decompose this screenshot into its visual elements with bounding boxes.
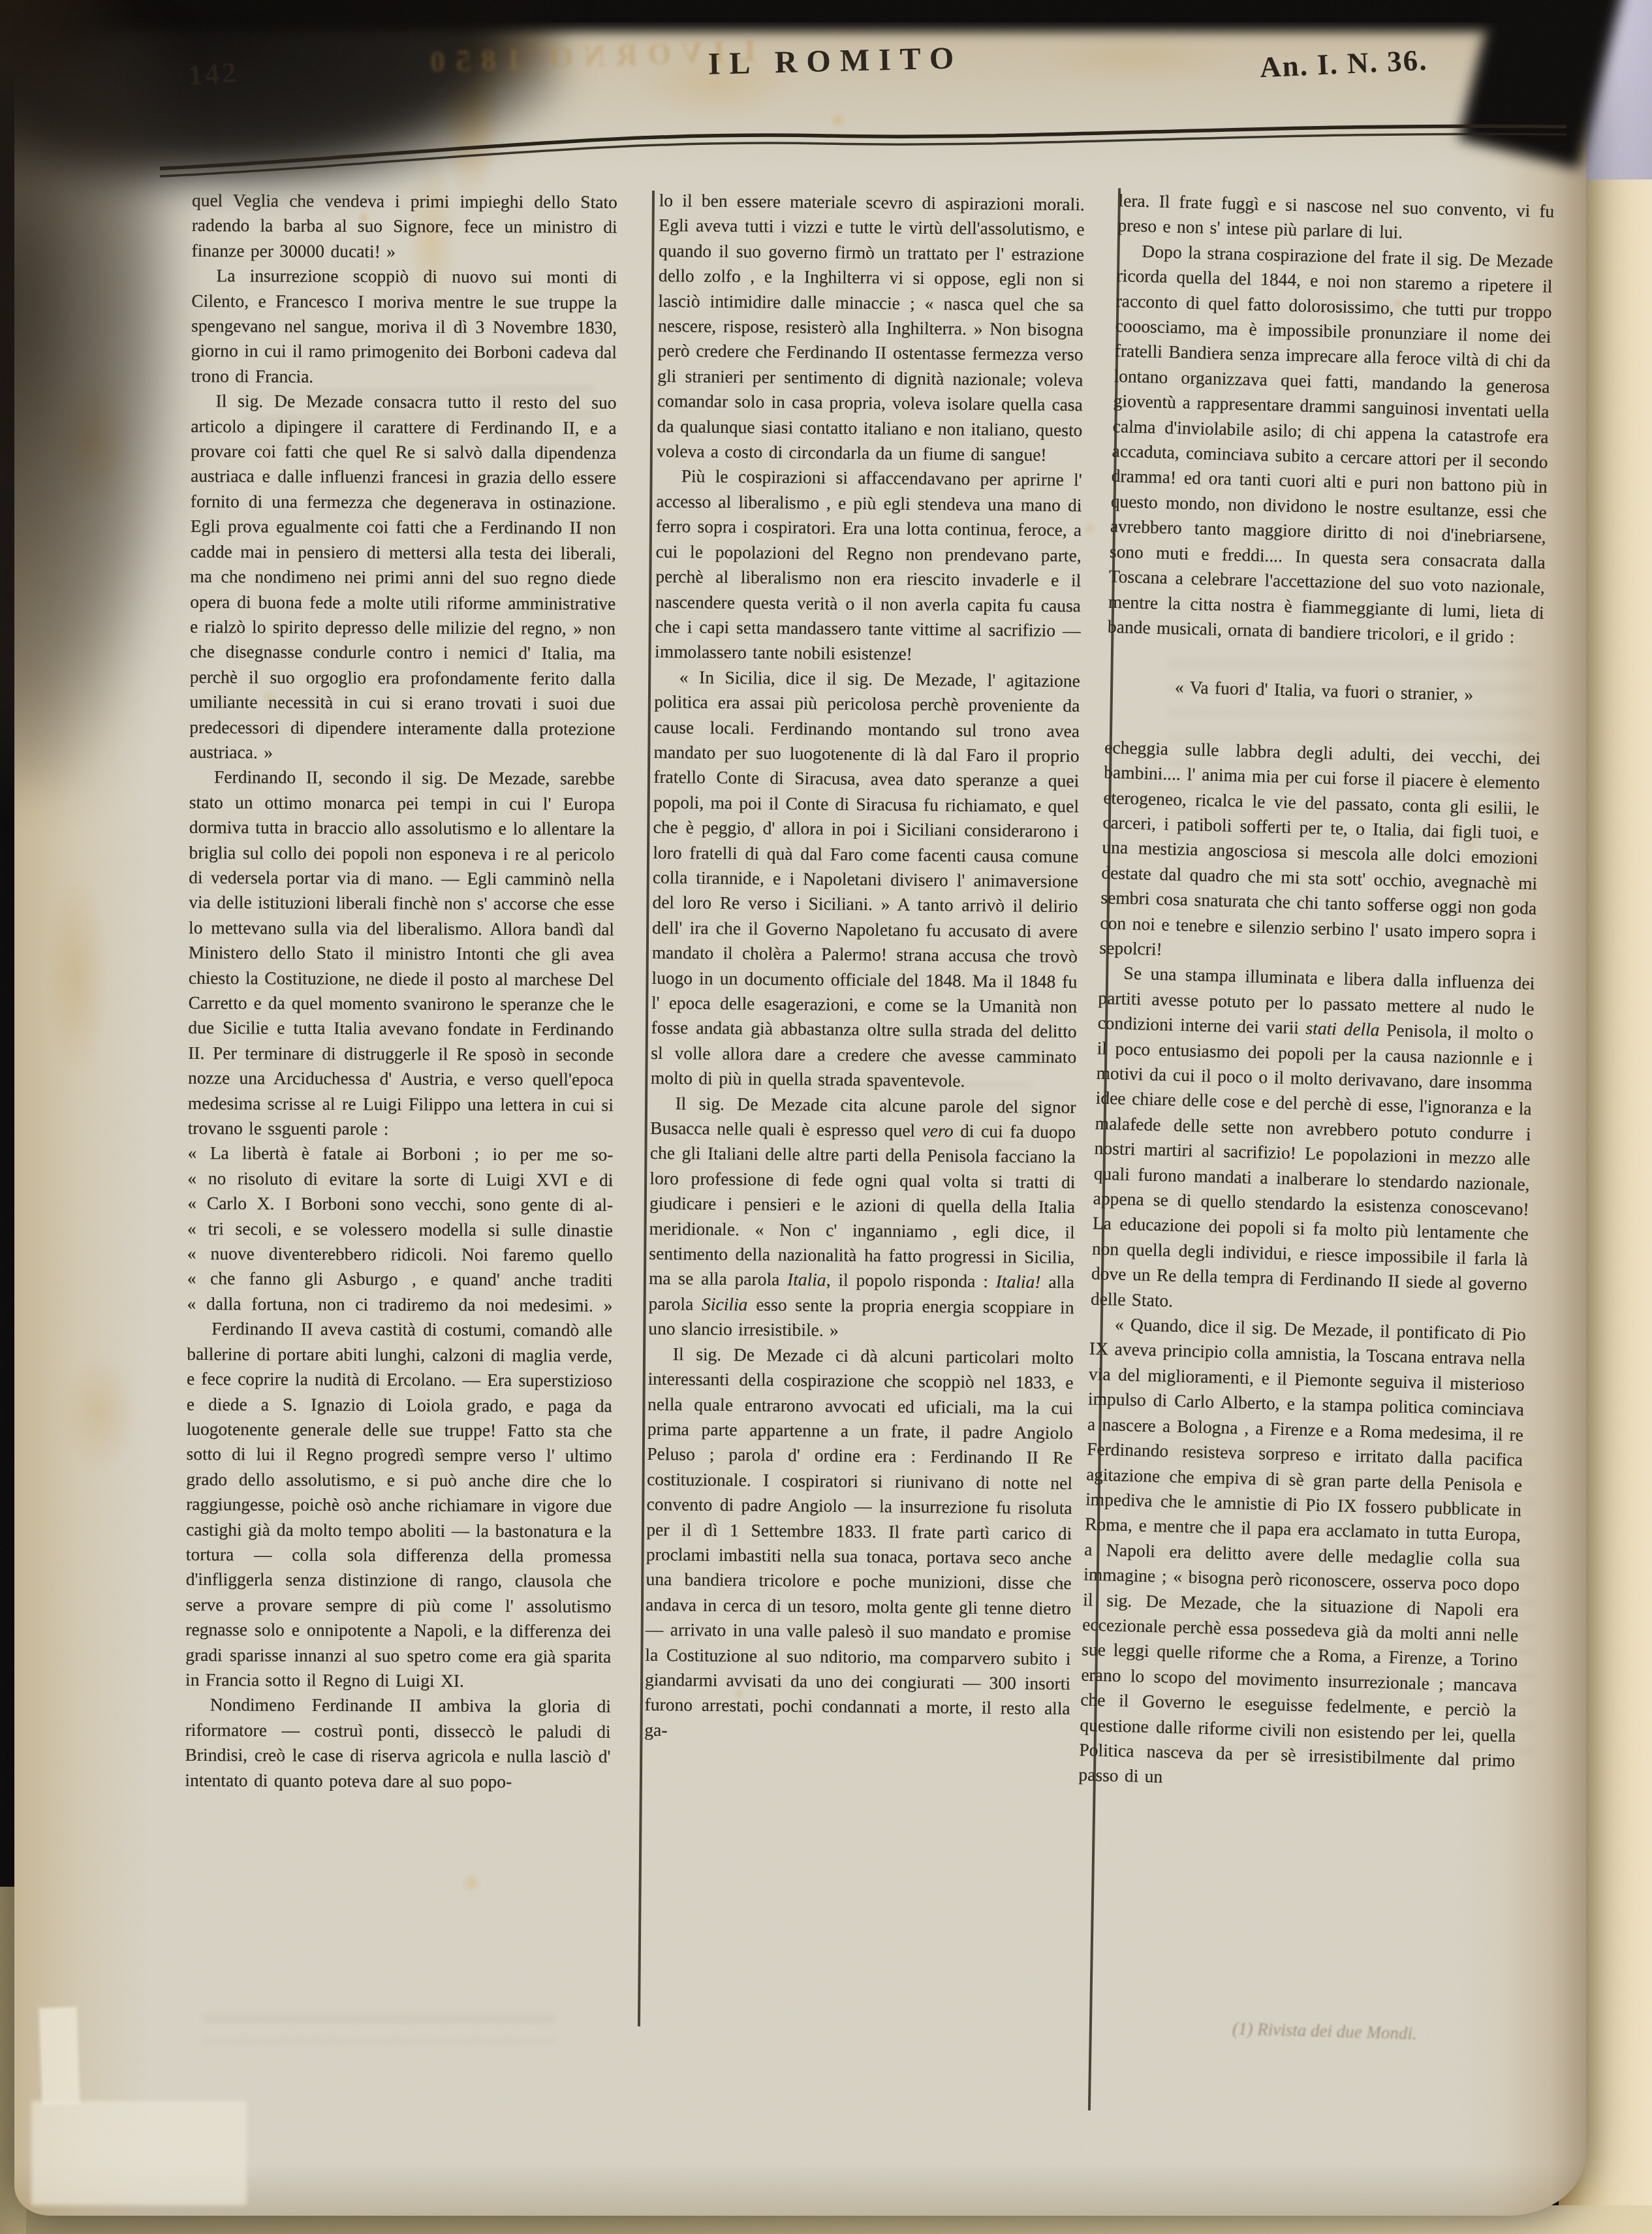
showthrough-smudge: [1168, 659, 1534, 849]
paper-repair-tape: [31, 2101, 247, 2205]
scanned-newspaper-page: LIVORNO 1850 142 IL ROMITO An. I. N. 36.…: [0, 0, 1652, 2234]
photo-shadow-tail: [0, 39, 176, 790]
paper-repair-tape: [39, 2007, 80, 2106]
showthrough-smudge: [725, 1031, 1031, 1136]
header-double-rule: [153, 112, 1580, 184]
paragraph: Il sig. De Mezade ci dà alcuni particola…: [644, 1342, 1074, 1747]
paragraph: Dopo la strana cospirazione del frate il…: [1108, 238, 1553, 650]
showthrough-smudge: [1149, 1449, 1534, 1763]
quote-line: « tri secoli, e se volessero modella si …: [187, 1216, 613, 1243]
paragraph: Ferdinando II, secondo il sig. De Mezade…: [188, 764, 616, 1142]
paragraph: quel Veglia che vendeva i primi impieghi…: [191, 188, 617, 265]
paragraph: lo il ben essere materiale scevro di asp…: [657, 188, 1085, 468]
quote-line: « La libertà è fatale ai Borboni ; io pe…: [187, 1141, 613, 1167]
paragraph: Nondimeno Ferdinande II ambiva la gloria…: [185, 1692, 611, 1794]
showthrough-smudge: [241, 385, 595, 453]
quote-line: « nuove diventerebbero ridicoli. Noi far…: [187, 1241, 613, 1268]
paragraph: Ferdinando II aveva castità di costumi, …: [185, 1316, 613, 1694]
paragraph: Più le cospirazioni si affaccendavano pe…: [655, 464, 1082, 668]
quote-line: « che fanno gli Asburgo , e quand' anche…: [187, 1266, 613, 1293]
showthrough-smudge: [202, 2014, 555, 2043]
paragraph: La insurrezione scoppiò di nuovo sui mon…: [191, 263, 617, 390]
page-number: 142: [187, 54, 273, 93]
paragraph: Se una stampa illuminata e libera dalla …: [1090, 960, 1535, 1322]
quote-line: « dalla fortuna, non ci tradiremo da noi…: [187, 1291, 612, 1318]
quote-line: « no risoluto di evitare la sorte di Lui…: [187, 1166, 613, 1193]
paragraph: « In Sicilia, dice il sig. De Mezade, l'…: [651, 665, 1080, 1095]
text-column-2: lo il ben essere materiale scevro di asp…: [644, 188, 1085, 1746]
quote-line: « Carlo X. I Borboni sono vecchi, sono g…: [187, 1191, 613, 1218]
